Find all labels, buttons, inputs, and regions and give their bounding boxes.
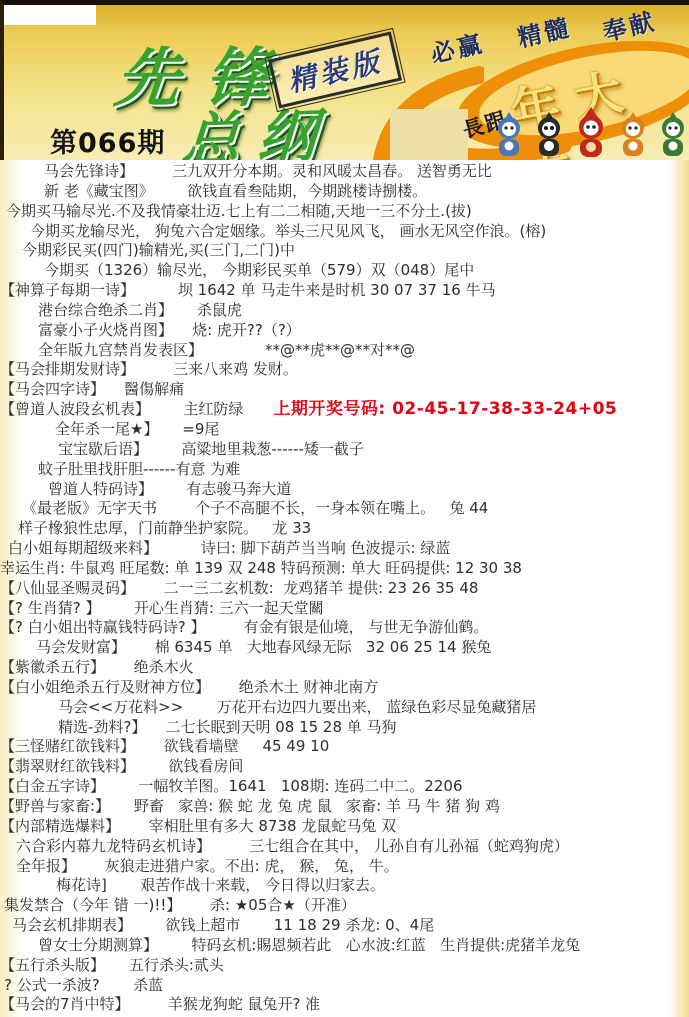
text-line: 全年报】 灰狼走进猎户家。不出: 虎， 猴， 兔， 牛。 (0, 857, 689, 877)
last-draw-numbers: 上期开奖号码: 02-45-17-38-33-24+05 (273, 400, 617, 419)
text-line: 【? 白小姐出特赢钱特码诗? 】 有金有银是仙境， 与世无争游仙鹤。 (0, 618, 689, 638)
text-line: 全年杀一尾★】 =9尾 (0, 420, 689, 440)
text-line: 【白金五字诗】 一幅牧羊图。1641 108期: 连码二中二。2206 (0, 777, 689, 797)
lottery-tip-sheet: 先锋 总纲 精装版 必赢 精髓 奉献 長跟 年大吉 (0, 0, 689, 1017)
text-line: 港台综合绝杀二肖】 杀鼠虎 (0, 301, 689, 321)
text-line: 马会<<万花料>> 万花开右边四九要出来， 蓝绿色彩尽显兔藏猪居 (0, 698, 689, 718)
text-line: 马会发财富】 棉 6345 单 大地春风绿无际 32 06 25 14 猴兔 (0, 638, 689, 658)
text-line: 新 老《藏宝图》 欲钱直看叁陆期，今期跳楼诗捌楼。 (0, 182, 689, 202)
text-line: 马会玄机排期表】 欲钱上超市 11 18 29 杀龙: 0、4尾 (0, 916, 689, 936)
text-line: 【神算子每期一诗】 坝 1642 单 马走牛来是时机 30 07 37 16 牛… (0, 281, 689, 301)
text-line: 【马会的7肖中特】 羊猴龙狗蛇 鼠兔开? 准 (0, 995, 689, 1015)
text-line: 【白小姐绝杀五行及财神方位】 绝杀木土 财神北南方 (0, 678, 689, 698)
text-line: 今期买（1326）输尽光， 今期彩民买单（579）双（048）尾中 (0, 261, 689, 281)
header-banner: 先锋 总纲 精装版 必赢 精髓 奉献 長跟 年大吉 (0, 0, 689, 160)
text-line: 蚊子肚里找肝胆------有意 为难 (0, 460, 689, 480)
text-line: ? 公式一杀波? 杀蓝 (0, 976, 689, 996)
text-line: 曾女士分期测算】 特码玄机:賜恩频若此 心水波:红蓝 生肖提供:虎猪羊龙兔 (0, 936, 689, 956)
issue-number: 第066期 (50, 121, 165, 160)
text-line: 【曾道人波段玄机表】 主红防绿 (0, 400, 243, 418)
text-line: 精选-劲料?】 二七长眠到天明 08 15 28 单 马狗 (0, 718, 689, 738)
text-line: 六合彩内幕九龙特码玄机诗】 三七组合在其中， 儿孙自有儿孙福（蛇鸡狗虎） (0, 837, 689, 857)
text-line: 今期买龙输尽光， 狗兔六合定姻缘。举头三尺见风飞， 画水无风空作浪。(榕) (0, 222, 689, 242)
blue-mascot-icon (491, 111, 527, 159)
text-line: 【八仙显圣赐灵码】 二一三二玄机数: 龙鸡猪羊 提供: 23 26 35 48 (0, 579, 689, 599)
text-line: 【五行杀头版】 五行杀头:贰头 (0, 956, 689, 976)
slogan-word: 必赢 (427, 23, 487, 69)
text-line: 【? 生肖猜? 】 开心生肖猜: 三六一起天堂關 (0, 599, 689, 619)
text-line: 《最老版》无字天书 个子不高腿不长，一身本领在嘴上。 兔 44 (0, 499, 689, 519)
tip-text-block: 马会先锋诗】 三九双开分本期。灵和风暖太昌春。 送智勇无比 新 老《藏宝图》 欲… (0, 162, 689, 1015)
slogan-word: 精髓 (514, 7, 574, 53)
text-line: 【内部精选爆料】 宰相肚里有多大 8738 龙鼠蛇马兔 双 (0, 817, 689, 837)
green-mascot-icon (655, 111, 689, 159)
text-line: 马会先锋诗】 三九双开分本期。灵和风暖太昌春。 送智勇无比 (0, 162, 689, 182)
text-line: 宝宝歇后语】 高粱地里栽葱------矮一截子 (0, 440, 689, 460)
text-line: 【三怪赌红欲钱料】 欲钱看墙壁 45 49 10 (0, 737, 689, 757)
text-line: 集发禁合（今年 错 一)!!】 杀: ★05合★（开准） (0, 896, 689, 916)
text-line-with-draw-result: 【曾道人波段玄机表】 主红防绿上期开奖号码: 02-45-17-38-33-24… (0, 400, 689, 420)
text-line: 曾道人特码诗】 有志骏马奔大道 (0, 480, 689, 500)
text-line: 【马会排期发财诗】 三来八来鸡 发财。 (0, 360, 689, 380)
text-line: 幸运生肖: 牛鼠鸡 旺尾数: 单 139 双 248 特码预测: 单大 旺码提供… (0, 559, 689, 579)
text-line: 【翡翠财红欲钱料】 欲钱看房间 (0, 757, 689, 777)
text-line: 全年版九宫禁肖发表区】 **@**虎**@**对**@ (0, 341, 689, 361)
mascot-row (491, 107, 689, 159)
red-flame-mascot-icon (571, 107, 611, 159)
orange-mascot-icon (615, 111, 651, 159)
blank-patch (390, 109, 468, 160)
text-line: 今期彩民买(四门)输精光,买(三门,二门)中 (0, 241, 689, 261)
text-line: 样子橡狼性忠厚，门前静坐护家院。 龙 33 (0, 519, 689, 539)
text-line: 富豪小子火烧肖图】 烧: 虎开??（?） (0, 321, 689, 341)
text-line: 【野兽与家畜:】 野畜 家兽: 猴 蛇 龙 兔 虎 鼠 家畜: 羊 马 牛 猪 … (0, 797, 689, 817)
text-line: 【紫徽杀五行】 绝杀木火 (0, 658, 689, 678)
scan-white-patch (4, 5, 96, 25)
text-line: 梅花诗] 艰苦作战十来载， 今日得以归家去。 (0, 876, 689, 896)
panda-mascot-icon (531, 111, 567, 159)
text-line: 白小姐每期超级来料】 诗曰: 脚下葫芦当当响 色波提示: 绿蓝 (0, 539, 689, 559)
slogan-word: 奉献 (599, 1, 659, 47)
text-line: 【马会四字诗】 醫傷解痛 (0, 380, 689, 400)
text-line: 今期买马输尽光.不及我情豪壮迈.七上有二二相随,天地一三不分土.(拔) (0, 202, 689, 222)
